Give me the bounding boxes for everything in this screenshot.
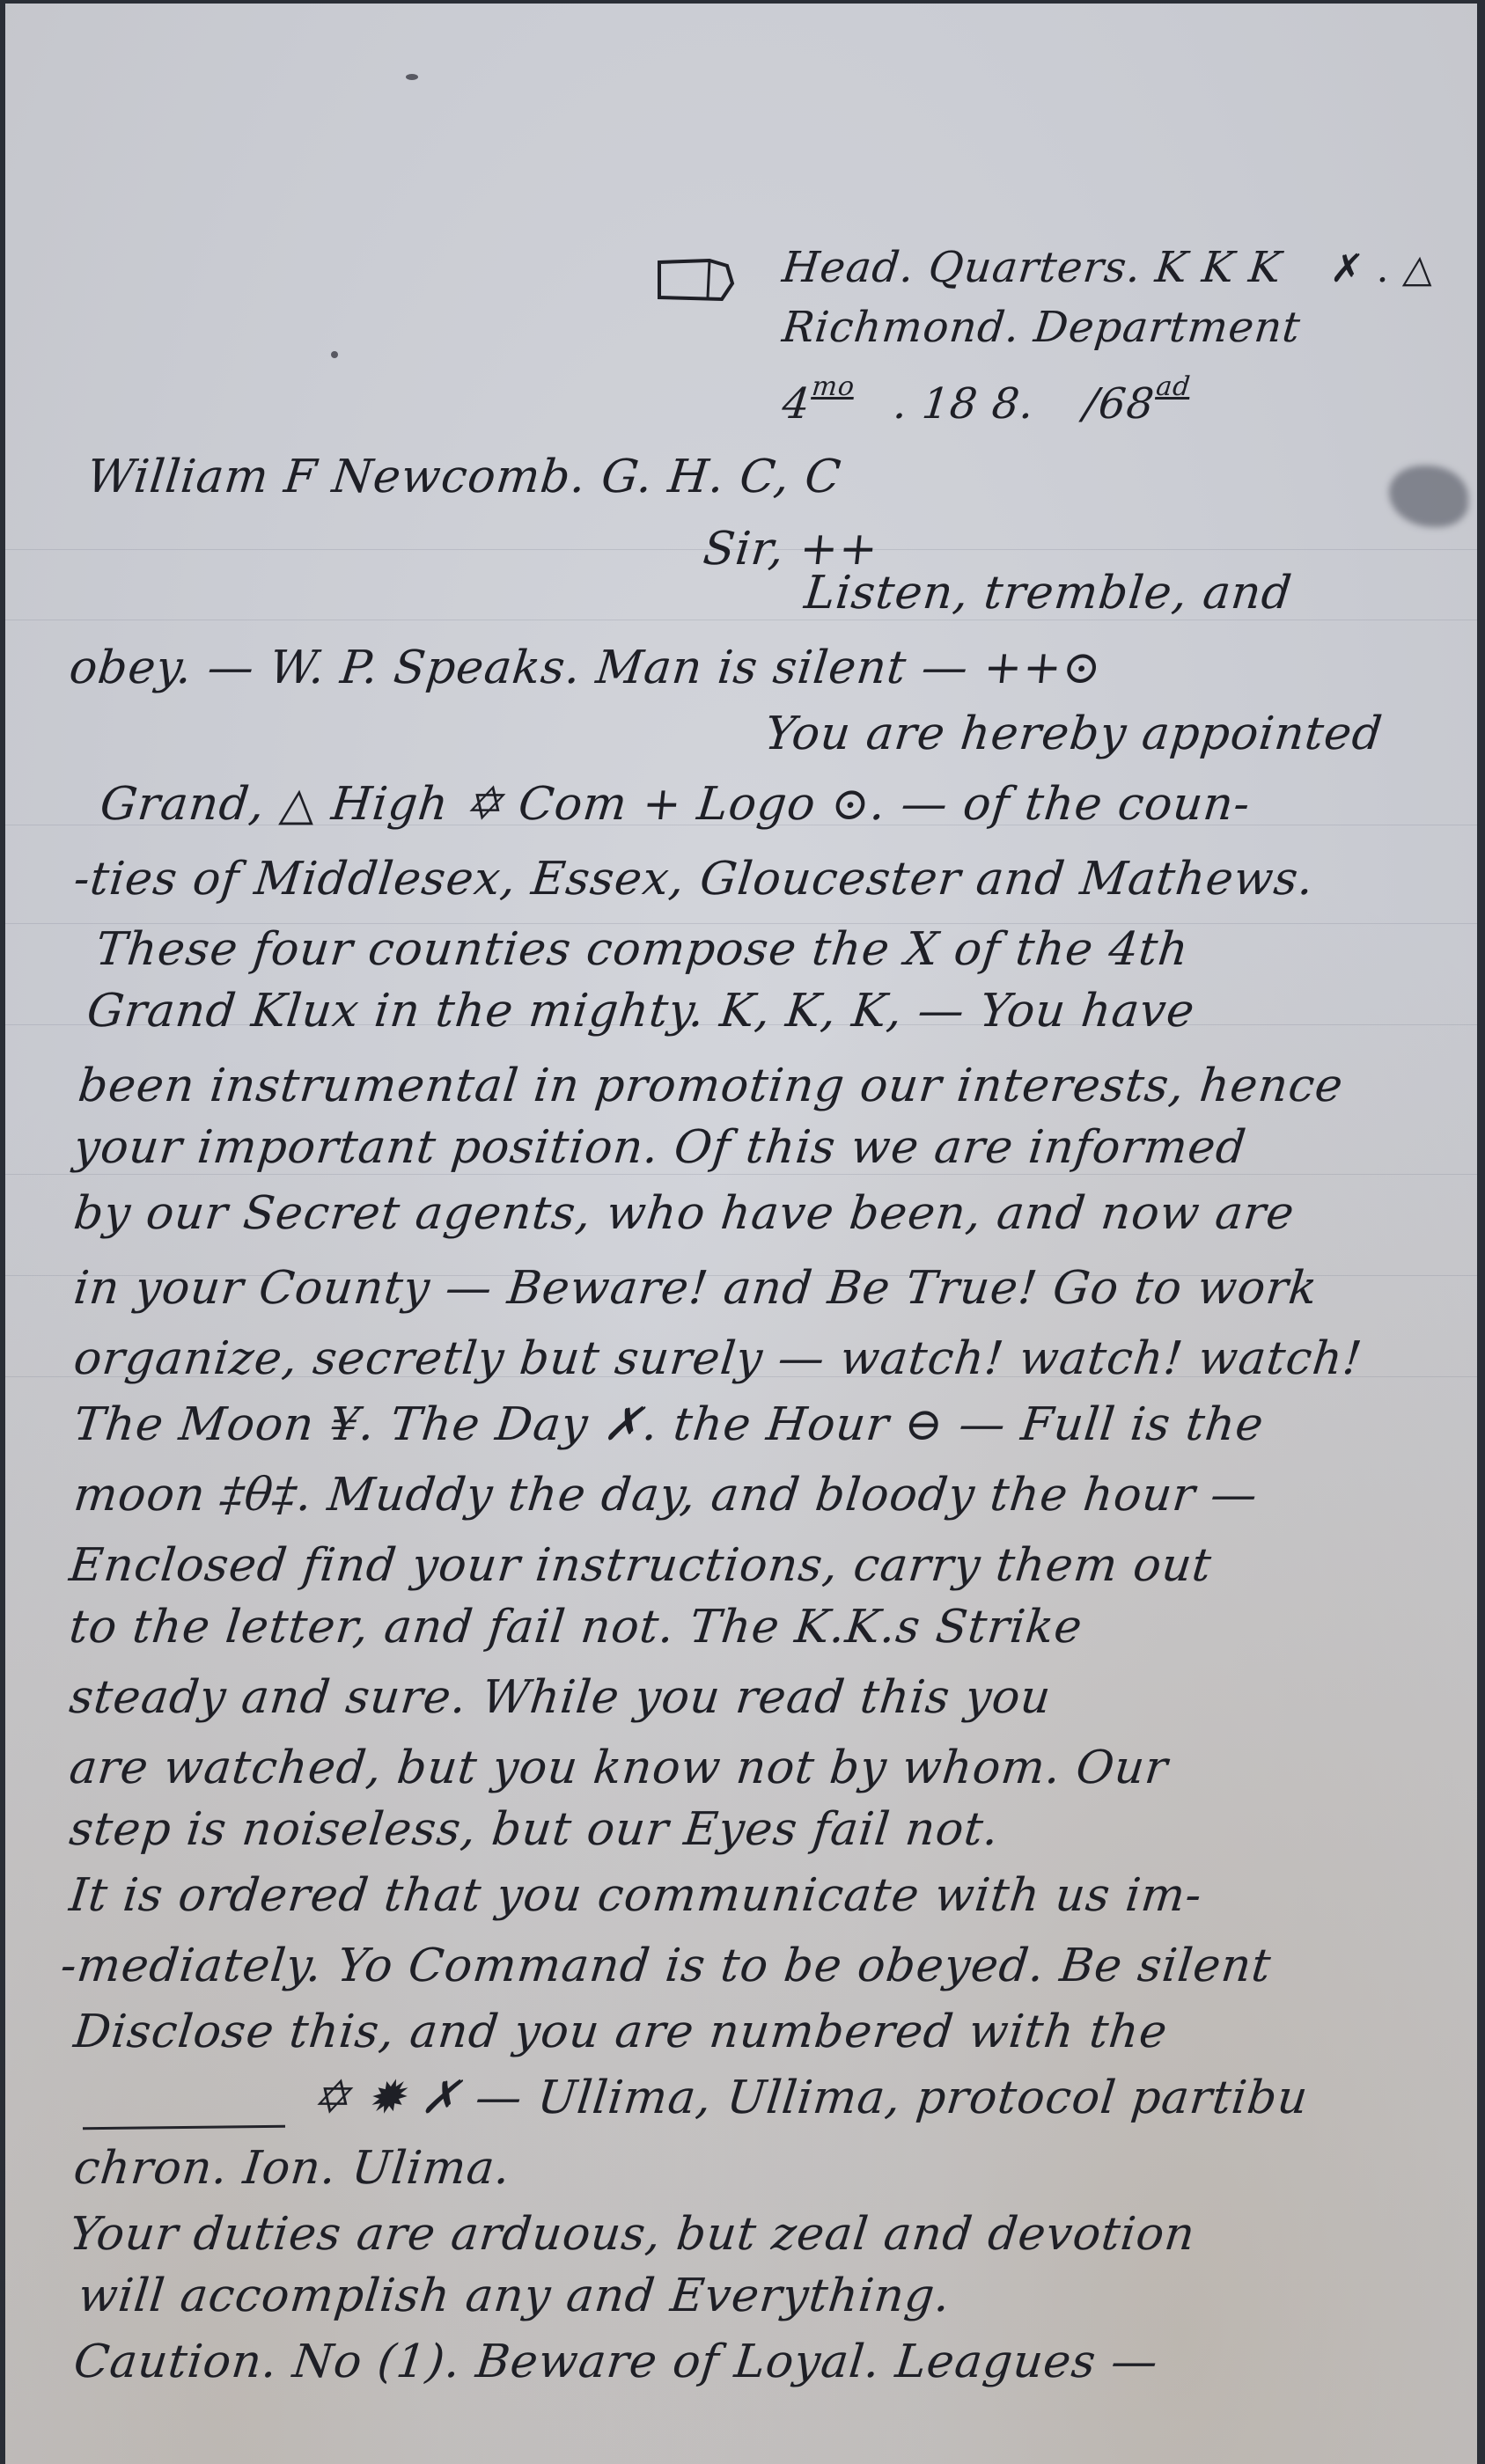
body-line: It is ordered that you communicate with … <box>67 1869 1205 1922</box>
body-line: chron. Ion. Ulima. <box>71 2142 513 2195</box>
letter-page: Head. Quarters. K K K ✗ . △ Richmond. De… <box>5 4 1477 2464</box>
body-line: The Moon ¥. The Day ✗. the Hour ⊖ — Full… <box>71 1398 1267 1451</box>
body-line: Disclose this, and you are numbered with… <box>71 2006 1170 2058</box>
body-line: Listen, tremble, and <box>802 567 1295 620</box>
body-line: in your County — Beware! and Be True! Go… <box>71 1262 1320 1315</box>
body-line: steady and sure. While you read this you <box>67 1671 1054 1724</box>
body-line: to the letter, and fail not. The K.K.s S… <box>67 1601 1085 1654</box>
body-line: step is noiseless, but our Eyes fail not… <box>67 1803 1002 1856</box>
header-line-2: Richmond. Department <box>780 303 1303 352</box>
date-year-suffix: ad <box>1155 371 1193 402</box>
body-line-symbols: ✡ ✹ ✗ — Ullima, Ullima, protocol partibu <box>309 2072 1311 2124</box>
date-line: 4mo . 18 8. /68ad <box>780 371 1192 429</box>
body-line: These four counties compose the X of the… <box>93 923 1191 976</box>
body-line: your important position. Of this we are … <box>71 1121 1249 1174</box>
blank-rule-line <box>83 2125 285 2130</box>
body-line: Enclosed find your instructions, carry t… <box>67 1539 1215 1592</box>
date-month: 4 <box>780 379 812 429</box>
caution-line: Caution. No (1). Beware of Loyal. League… <box>71 2336 1161 2388</box>
body-line: are watched, but you know not by whom. O… <box>67 1742 1171 1794</box>
body-line: -ties of Middlesex, Essex, Gloucester an… <box>71 853 1317 906</box>
body-line: Your duties are arduous, but zeal and de… <box>67 2208 1198 2261</box>
date-day: . 18 8. <box>891 379 1037 429</box>
headquarters-text: Head. Quarters. K K K <box>780 243 1284 292</box>
ruled-line <box>5 1174 1477 1175</box>
body-line: organize, secretly but surely — watch! w… <box>71 1332 1365 1385</box>
recipient-line: William F Newcomb. G. H. C, C <box>85 451 844 503</box>
body-line: obey. — W. P. Speaks. Man is silent — ++… <box>67 642 1105 694</box>
coffin-symbol-icon <box>657 257 736 303</box>
ink-stain <box>1389 466 1468 527</box>
ink-spot <box>331 351 338 358</box>
body-line: will accomplish any and Everything. <box>76 2270 953 2322</box>
ruled-line <box>5 620 1477 620</box>
body-line: -mediately. Yo Command is to be obeyed. … <box>58 1940 1274 1992</box>
date-month-suffix: mo <box>811 371 856 402</box>
body-line: moon ‡θ‡. Muddy the day, and bloody the … <box>71 1469 1261 1522</box>
body-line: You are hereby appointed <box>762 708 1386 760</box>
header-symbols: ✗ . △ <box>1328 246 1437 291</box>
body-line: by our Secret agents, who have been, and… <box>71 1187 1298 1240</box>
ink-spot <box>406 74 418 80</box>
body-line: Grand, △ High ✡ Com + Logo ⊙. — of the c… <box>98 778 1253 831</box>
header-line-1: Head. Quarters. K K K ✗ . △ <box>780 243 1437 292</box>
date-year: /68 <box>1081 379 1157 429</box>
body-line: been instrumental in promoting our inter… <box>76 1060 1346 1112</box>
body-line: Grand Klux in the mighty. K, K, K, — You… <box>85 985 1197 1038</box>
